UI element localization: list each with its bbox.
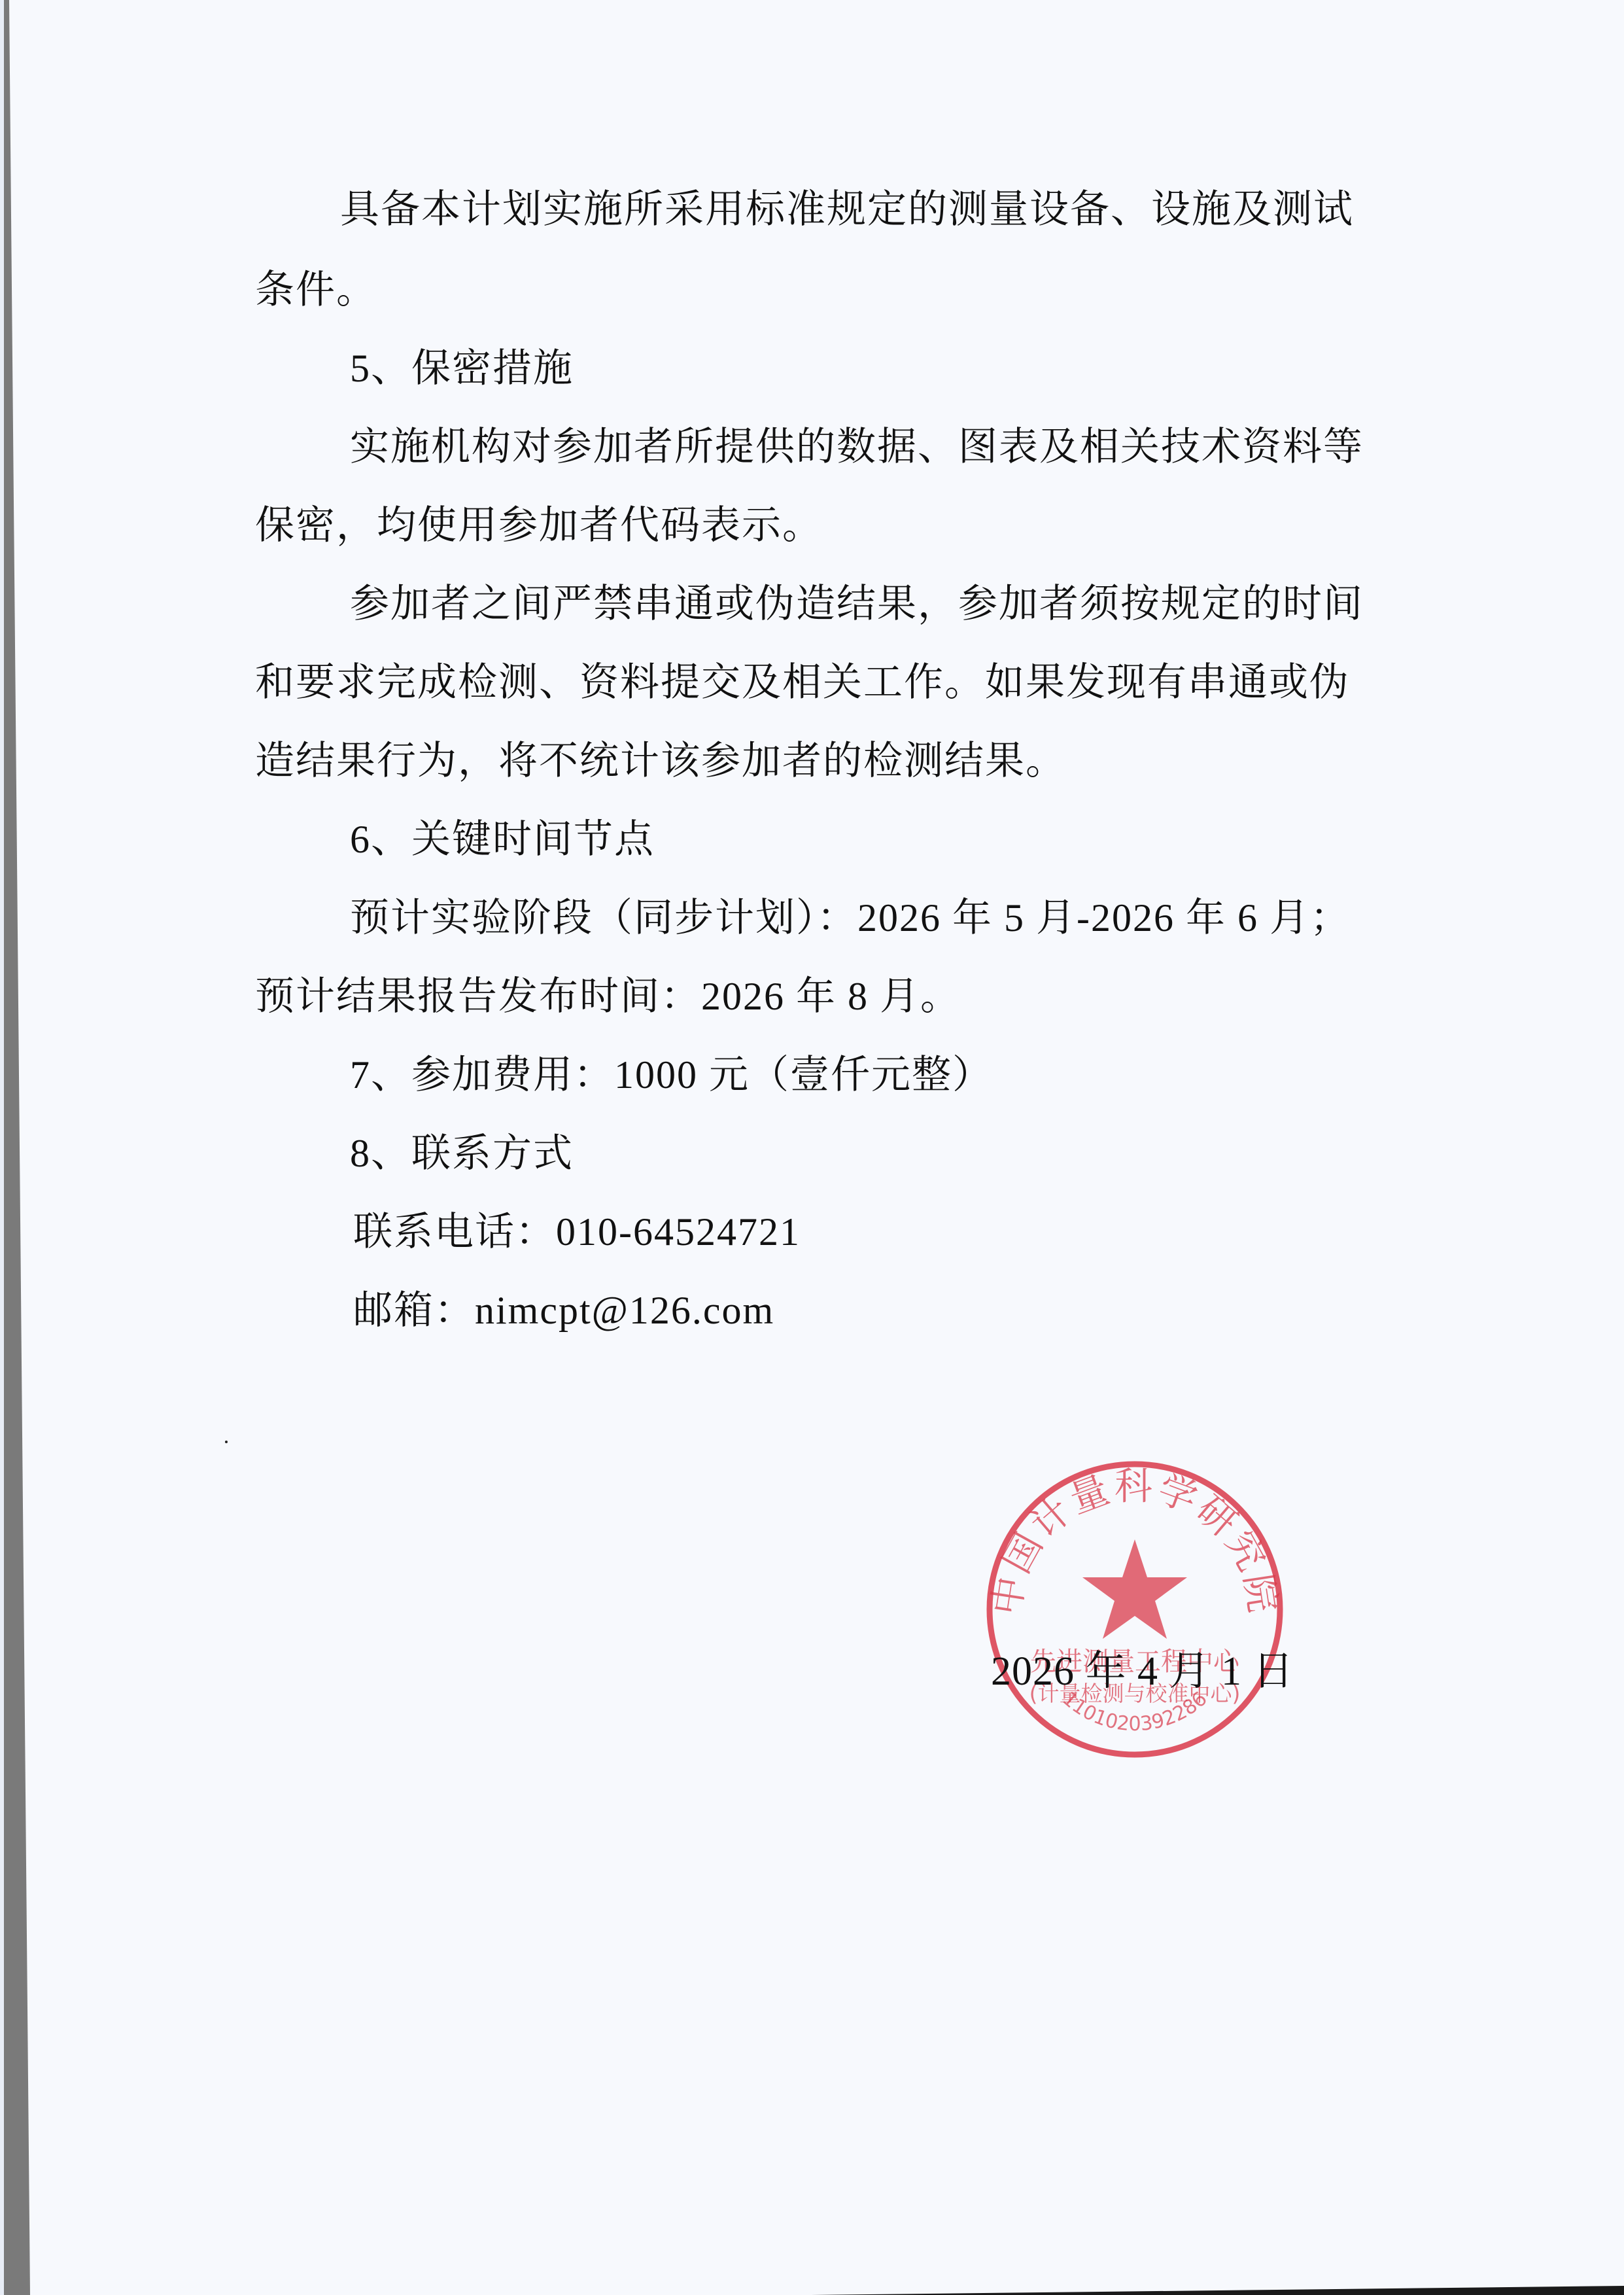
official-seal: 中国计量科学研究院 先进测量工程中心 (计量检测与校准中心) 110102039… bbox=[981, 1456, 1288, 1763]
schedule-report-release: 预计结果报告发布时间：2026 年 8 月。 bbox=[255, 970, 961, 1023]
scan-speck bbox=[225, 1441, 228, 1443]
paragraph-line: 参加者之间严禁串通或伪造结果，参加者须按规定的时间 bbox=[350, 578, 1364, 630]
section-heading-confidentiality: 5、保密措施 bbox=[350, 342, 574, 394]
document-date: 2026 年 4 月 1 日 bbox=[991, 1645, 1294, 1698]
paragraph-line: 实施机构对参加者所提供的数据、图表及相关技术资料等 bbox=[350, 421, 1364, 473]
seal-icon: 中国计量科学研究院 先进测量工程中心 (计量检测与校准中心) 110102039… bbox=[981, 1456, 1288, 1763]
scan-bottom-edge bbox=[811, 2286, 1624, 2295]
schedule-experiment-phase: 预计实验阶段（同步计划）：2026 年 5 月-2026 年 6 月； bbox=[350, 892, 1351, 944]
paragraph-line: 造结果行为，将不统计该参加者的检测结果。 bbox=[255, 735, 1066, 787]
star-icon bbox=[1082, 1539, 1187, 1639]
contact-email: 邮箱：nimcpt@126.com bbox=[353, 1284, 774, 1337]
paragraph-line: 具备本计划实施所采用标准规定的测量设备、设施及测试 bbox=[340, 183, 1354, 236]
section-heading-key-dates: 6、关键时间节点 bbox=[350, 813, 655, 866]
paragraph-line: 条件。 bbox=[255, 264, 377, 316]
section-heading-fee: 7、参加费用：1000 元（壹仟元整） bbox=[350, 1049, 993, 1101]
contact-phone: 联系电话：010-64524721 bbox=[353, 1206, 801, 1258]
paragraph-line: 和要求完成检测、资料提交及相关工作。如果发现有串通或伪 bbox=[255, 656, 1350, 709]
section-heading-contact: 8、联系方式 bbox=[350, 1127, 574, 1180]
paragraph-line: 保密，均使用参加者代码表示。 bbox=[255, 499, 823, 552]
